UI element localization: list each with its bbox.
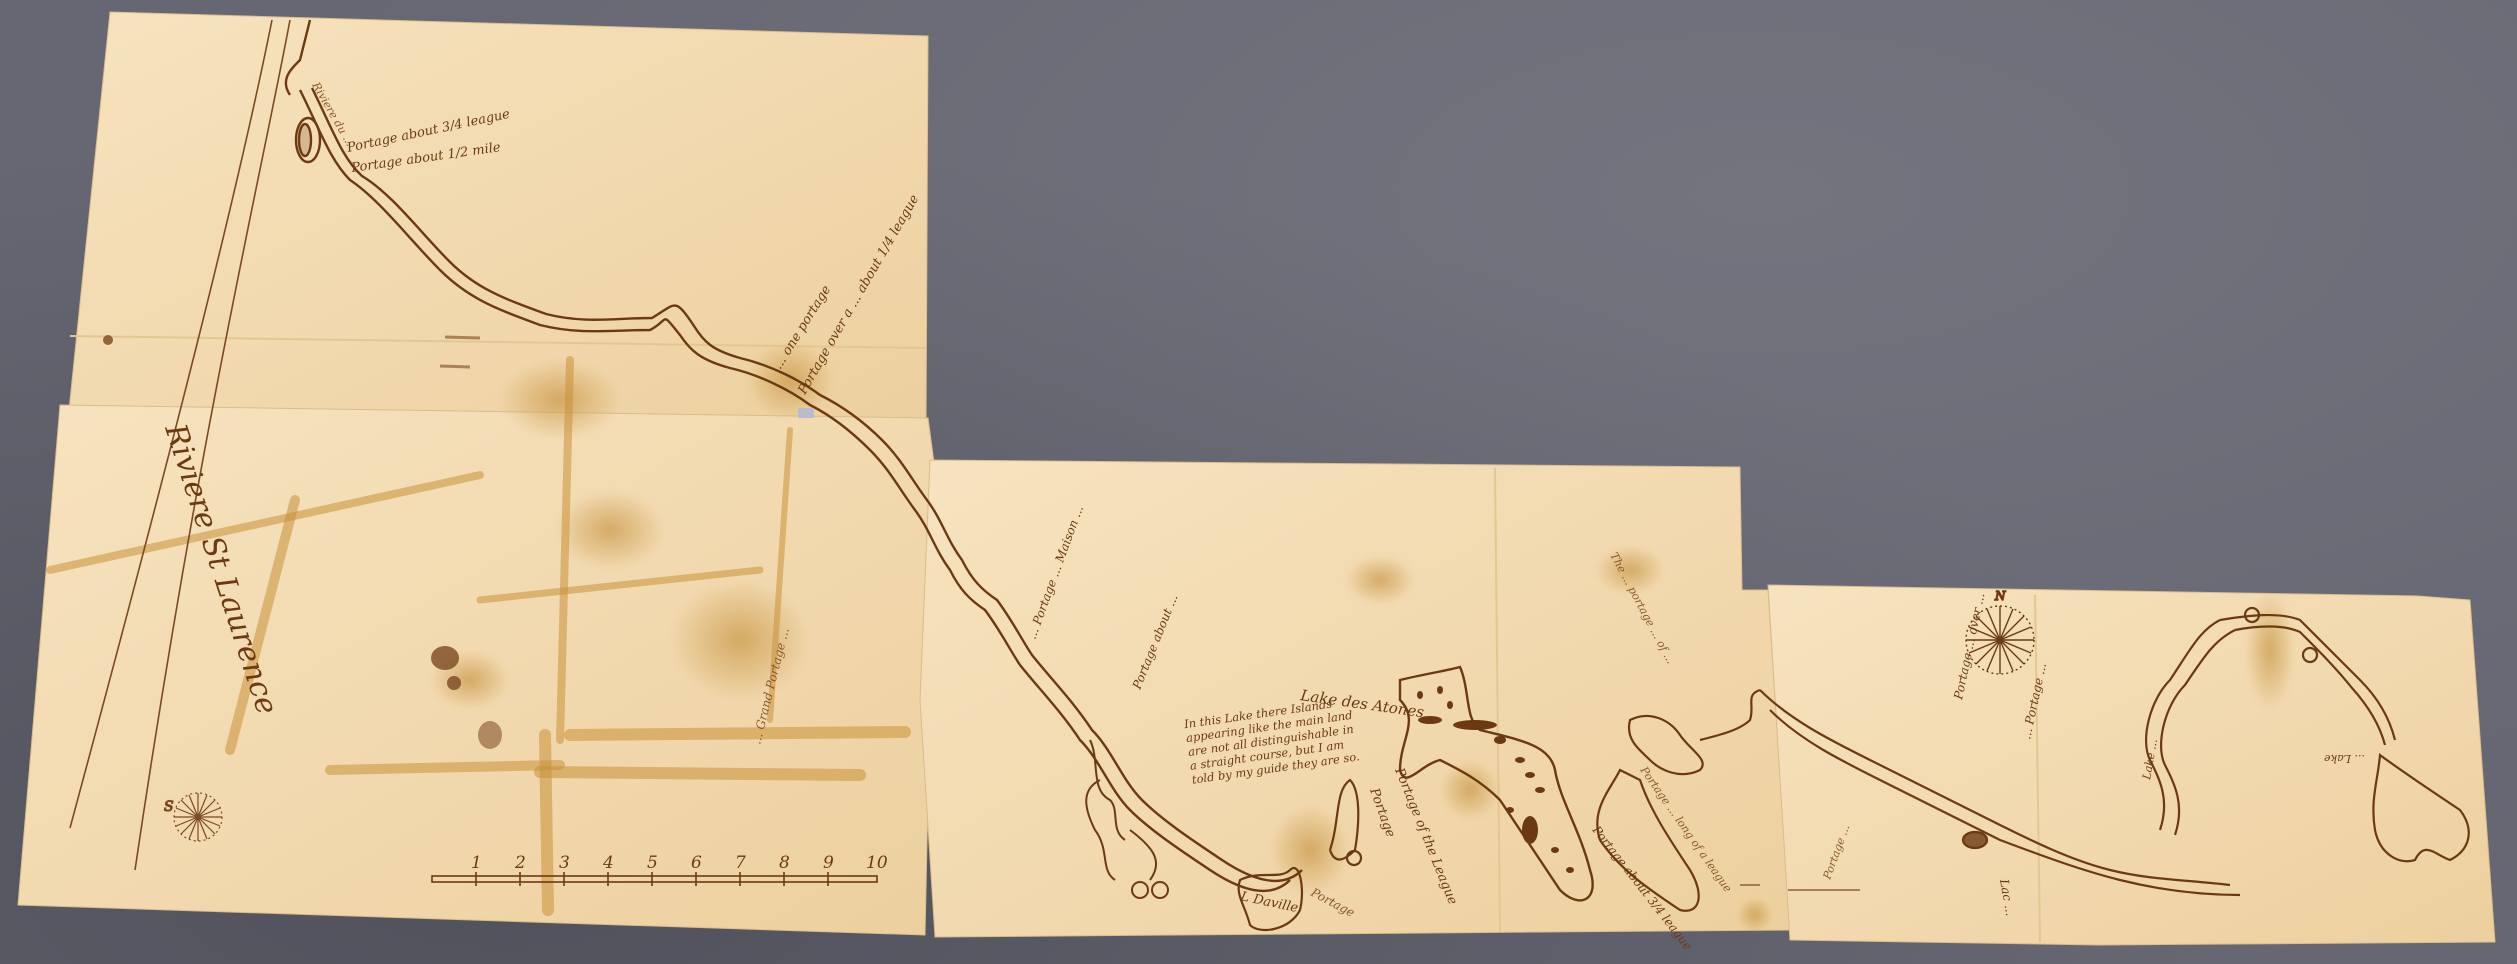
label-sheet3-right: ... Lake — [2323, 752, 2365, 765]
scale-tick-3: 3 — [559, 853, 570, 873]
scale-tick-8: 8 — [779, 853, 790, 873]
compass-right-label: N — [1994, 589, 2006, 603]
manuscript-map: Riviere St Laurence — [0, 0, 2517, 964]
scale-tick-5: 5 — [647, 853, 658, 873]
scale-tick-7: 7 — [735, 853, 746, 873]
paper-clip — [798, 408, 814, 418]
scale-tick-1: 1 — [471, 853, 482, 873]
scale-tick-6: 6 — [691, 853, 702, 873]
scale-tick-2: 2 — [514, 853, 526, 873]
label-lake-note-container: In this Lake there Islands appearing lik… — [1183, 694, 1367, 827]
scale-tick-10: 10 — [866, 853, 888, 873]
sheet-3 — [1768, 585, 2495, 945]
compass-left-label: S — [164, 799, 174, 815]
scale-tick-9: 9 — [823, 853, 834, 873]
scale-tick-4: 4 — [602, 853, 614, 873]
